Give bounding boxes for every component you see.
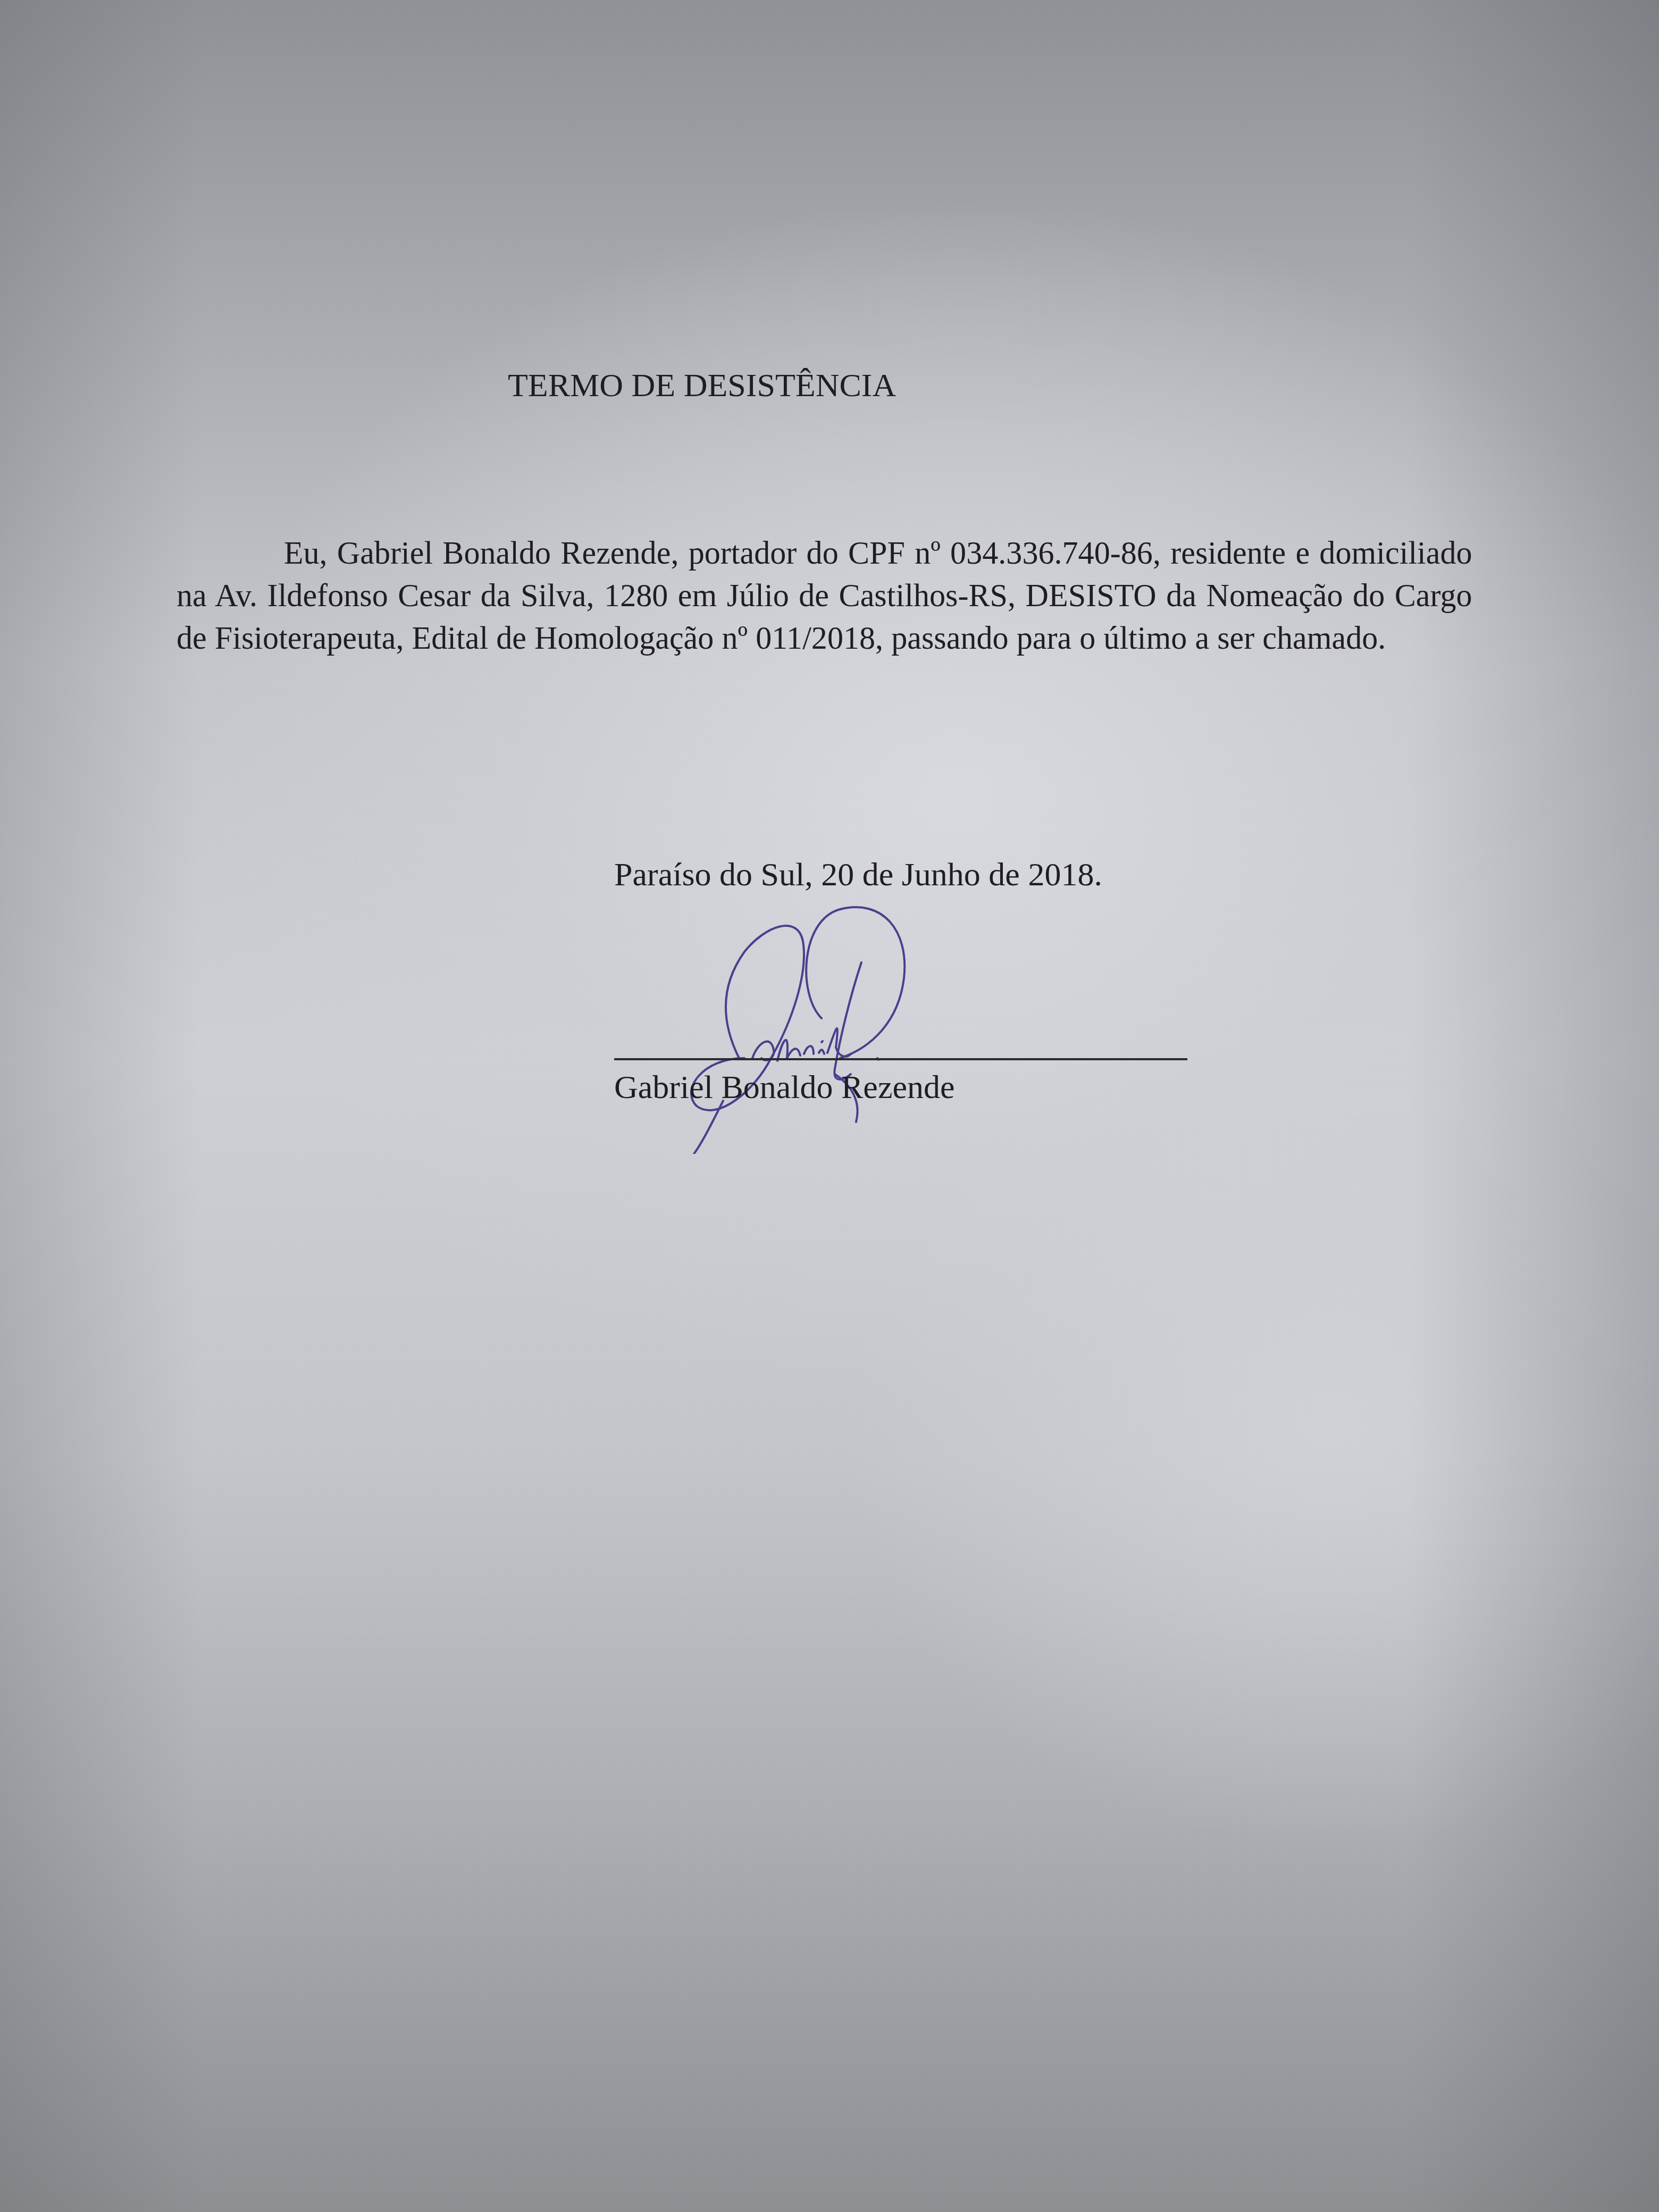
signer-name: Gabriel Bonaldo Rezende (614, 1069, 954, 1107)
handwritten-signature (638, 899, 1042, 1154)
signature-line (614, 1058, 1187, 1060)
place-and-date: Paraíso do Sul, 20 de Junho de 2018. (614, 856, 1102, 894)
document-title: TERMO DE DESISTÊNCIA (508, 367, 896, 405)
declaration-paragraph: Eu, Gabriel Bonaldo Rezende, portador do… (177, 532, 1472, 659)
